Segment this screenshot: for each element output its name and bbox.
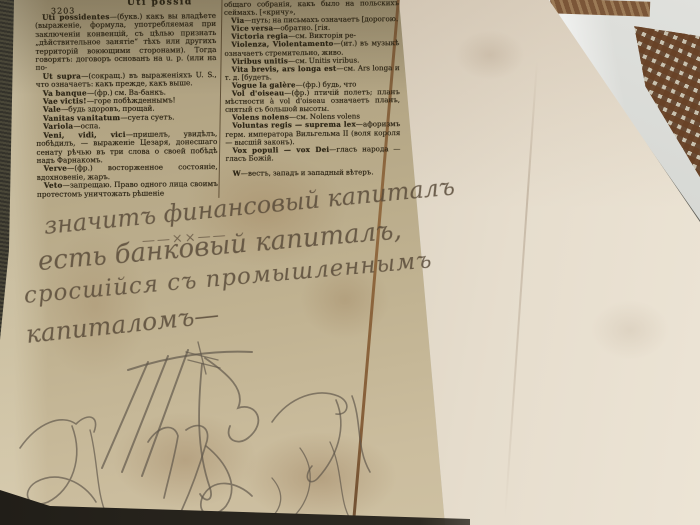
running-header: Uti possid xyxy=(127,0,193,8)
page-stain xyxy=(590,300,670,360)
signature-flourish-right xyxy=(272,393,370,482)
column-divider xyxy=(218,0,222,198)
book-photo: 3203 Uti possid Uti possidentes—(букв.) … xyxy=(0,0,700,525)
page-stain xyxy=(455,30,525,80)
entry-definition: —суета суетъ. xyxy=(120,112,174,122)
pencil-signatures xyxy=(0,330,470,525)
signature-flourish-bottom-left xyxy=(20,417,106,514)
dictionary-entry: W—вестъ, западъ и западный вѣтеръ. xyxy=(226,168,401,178)
dictionary-entry: Voluntas regis — suprema lex—афоризмъ ге… xyxy=(225,120,400,146)
dictionary-entry: Veni, vidi, vici—пришелъ, увидѣлъ, побѣд… xyxy=(36,130,217,166)
entry-definition: —(букв.) какъ вы владѣете (выраженiе, фо… xyxy=(35,11,216,72)
entry-definition: —запрещаю. Право одного лица своимъ прот… xyxy=(37,179,218,198)
signature-flourish-center xyxy=(102,342,258,500)
dictionary-print-block: 3203 Uti possid Uti possidentes—(букв.) … xyxy=(27,0,401,212)
dictionary-column-left: Uti possidentes—(букв.) какъ вы владѣете… xyxy=(35,12,218,199)
dictionary-entry: Vol d'oiseau—(фр.) птичiй полетъ; планъ … xyxy=(225,88,400,114)
dictionary-entry: Vox populi — vox Dei—гласъ народа — глас… xyxy=(225,145,400,163)
dictionary-entry: Uti possidentes—(букв.) какъ вы владѣете… xyxy=(35,12,217,73)
dictionary-entry: Veto—запрещаю. Право одного лица своимъ … xyxy=(37,180,218,199)
entry-definition: —вестъ, западъ и западный вѣтеръ. xyxy=(241,167,374,177)
signature-flourish-bottom-right xyxy=(268,442,352,522)
dictionary-column-right: общаго собранiя, какъ было на польскихъ … xyxy=(224,0,401,178)
